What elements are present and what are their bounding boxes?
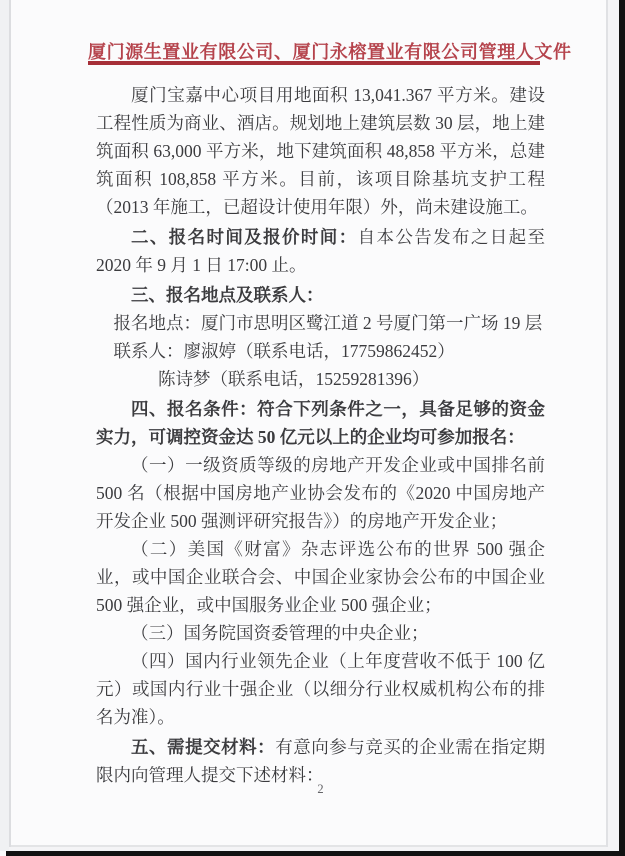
document-body: 厦门宝嘉中心项目用地面积 13,041.367 平方米。建设工程性质为商业、酒店…	[96, 81, 545, 789]
section-2-registration-time: 二、报名时间及报价时间：自本公告发布之日起至 2020 年 9 月 1 日 17…	[96, 223, 545, 279]
line-contact-person-1: 联系人：廖淑婷（联系电话，17759862452）	[96, 337, 545, 365]
condition-item-1: （一）一级资质等级的房地产开发企业或中国排名前 500 名（根据中国房地产业协会…	[96, 451, 545, 535]
section-3-location-contacts: 三、报名地点及联系人：	[96, 281, 545, 309]
section-4-label: 四、报名条件：	[131, 399, 257, 419]
paragraph-project-overview: 厦门宝嘉中心项目用地面积 13,041.367 平方米。建设工程性质为商业、酒店…	[96, 81, 545, 221]
condition-item-4-text: （四）国内行业领先企业（上年度营收不低于 100 亿元）或国内行业十强企业（以细…	[96, 651, 545, 727]
condition-item-2-text: （二）美国《财富》杂志评选公布的世界 500 强企业，或中国企业联合会、中国企业…	[96, 539, 545, 615]
condition-item-1-text: （一）一级资质等级的房地产开发企业或中国排名前 500 名（根据中国房地产业协会…	[96, 455, 545, 531]
condition-item-2: （二）美国《财富》杂志评选公布的世界 500 强企业，或中国企业联合会、中国企业…	[96, 535, 545, 619]
project-overview-text: 厦门宝嘉中心项目用地面积 13,041.367 平方米。建设工程性质为商业、酒店…	[96, 85, 545, 217]
bottom-black-border	[6, 851, 625, 856]
line-registration-location: 报名地点：厦门市思明区鹭江道 2 号厦门第一广场 19 层	[96, 309, 545, 337]
contact-person-1-text: 联系人：廖淑婷（联系电话，17759862452）	[114, 341, 455, 361]
section-5-label: 五、需提交材料：	[131, 737, 275, 757]
section-4-registration-conditions: 四、报名条件：符合下列条件之一，具备足够的资金实力，可调控资金达 50 亿元以上…	[96, 395, 545, 451]
condition-item-3-text: （三）国务院国资委管理的中央企业；	[131, 623, 429, 643]
title-underline-rule	[88, 61, 540, 65]
page-number: 2	[96, 782, 545, 797]
document-page: 厦门源生置业有限公司、厦门永榕置业有限公司管理人文件 厦门宝嘉中心项目用地面积 …	[0, 0, 625, 856]
section-5-required-materials: 五、需提交材料：有意向参与竞买的企业需在指定期限内向管理人提交下述材料：	[96, 733, 545, 789]
condition-item-4: （四）国内行业领先企业（上年度营收不低于 100 亿元）或国内行业十强企业（以细…	[96, 647, 545, 731]
right-margin-strip	[608, 0, 619, 851]
registration-location-text: 报名地点：厦门市思明区鹭江道 2 号厦门第一广场 19 层	[114, 313, 543, 333]
section-3-label: 三、报名地点及联系人：	[131, 285, 324, 305]
right-black-border	[619, 0, 625, 856]
line-contact-person-2: 陈诗梦（联系电话，15259281396）	[96, 365, 545, 393]
left-page-edge-line	[9, 0, 11, 850]
condition-item-3: （三）国务院国资委管理的中央企业；	[96, 619, 545, 647]
left-margin-strip	[0, 0, 9, 851]
contact-person-2-text: 陈诗梦（联系电话，15259281396）	[158, 369, 429, 389]
section-2-label: 二、报名时间及报价时间：	[131, 227, 358, 247]
